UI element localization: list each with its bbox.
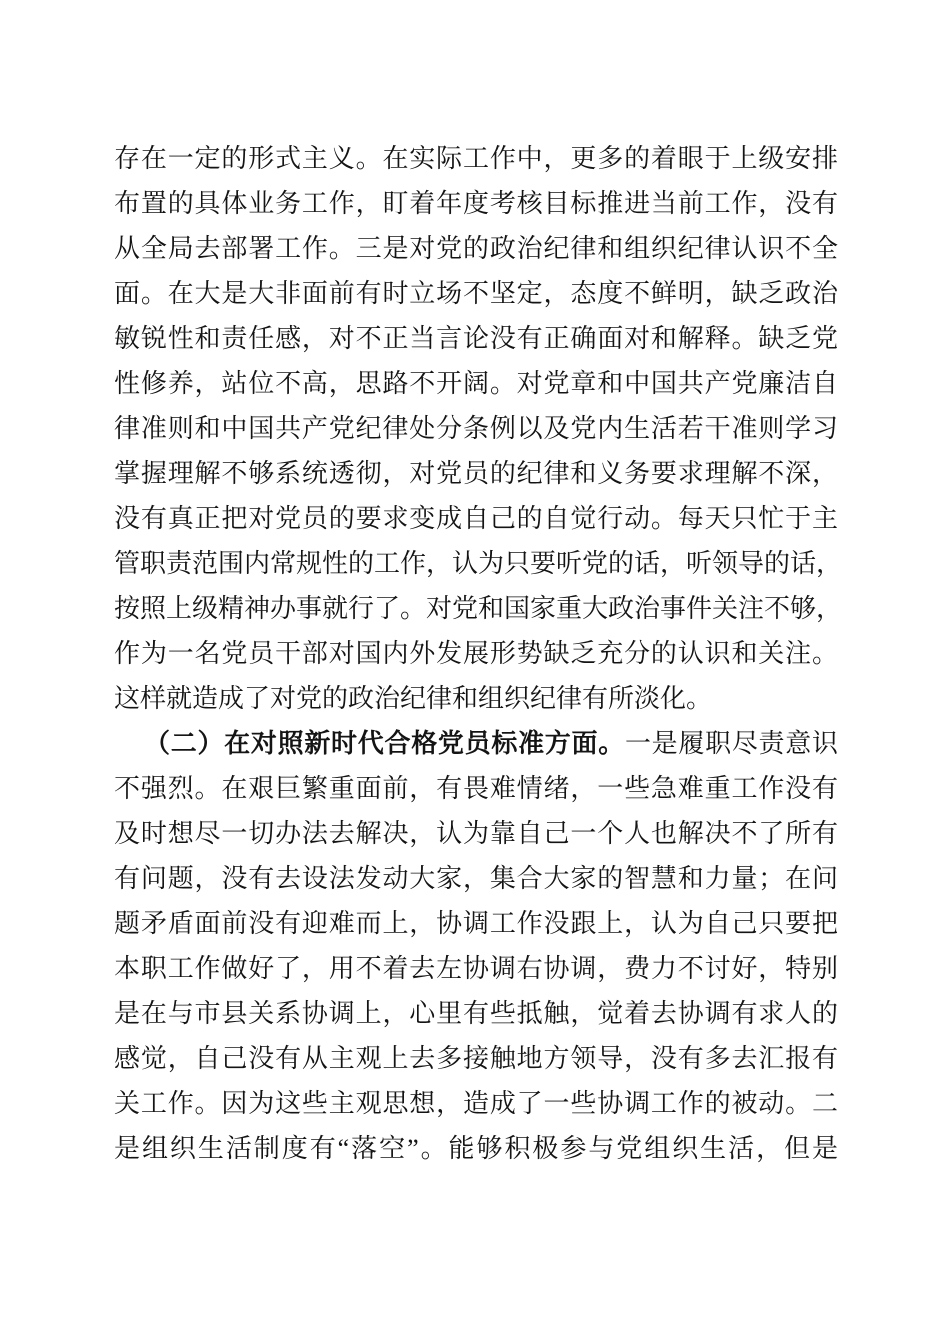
text-line: 本职工作做好了，用不着去左协调右协调，费力不讨好，特别 [114, 946, 838, 991]
text-segment: 是在与市县关系协调上，心里有些抵触，觉着去协调有求人的 [114, 999, 838, 1028]
text-line: 管职责范围内常规性的工作，认为只要听党的话，听领导的话， [114, 541, 838, 586]
bold-text-segment: （二）在对照新时代合格党员标准方面。 [144, 729, 625, 758]
text-segment: 律准则和中国共产党纪律处分条例以及党内生活若干准则学习 [114, 414, 838, 443]
text-line: 关工作。因为这些主观思想，造成了一些协调工作的被动。二 [114, 1081, 838, 1126]
text-line: 不强烈。在艰巨繁重面前，有畏难情绪，一些急难重工作没有 [114, 766, 838, 811]
text-segment: 布置的具体业务工作，盯着年度考核目标推进当前工作，没有 [114, 189, 838, 218]
text-segment: 按照上级精神办事就行了。对党和国家重大政治事件关注不够， [114, 594, 842, 623]
text-segment: 不强烈。在艰巨繁重面前，有畏难情绪，一些急难重工作没有 [114, 774, 838, 803]
text-line: 及时想尽一切办法去解决，认为靠自己一个人也解决不了所有 [114, 811, 838, 856]
text-segment: 及时想尽一切办法去解决，认为靠自己一个人也解决不了所有 [114, 819, 838, 848]
text-line: 存在一定的形式主义。在实际工作中，更多的着眼于上级安排 [114, 136, 838, 181]
text-line: 律准则和中国共产党纪律处分条例以及党内生活若干准则学习 [114, 406, 838, 451]
text-line: 题矛盾面前没有迎难而上，协调工作没跟上，认为自己只要把 [114, 901, 838, 946]
text-segment: 本职工作做好了，用不着去左协调右协调，费力不讨好，特别 [114, 954, 838, 983]
text-segment: 掌握理解不够系统透彻，对党员的纪律和义务要求理解不深， [114, 459, 838, 488]
text-line: 是组织生活制度有“落空”。能够积极参与党组织生活，但是 [114, 1126, 838, 1171]
text-line: 从全局去部署工作。三是对党的政治纪律和组织纪律认识不全 [114, 226, 838, 271]
text-segment: 有问题，没有去设法发动大家，集合大家的智慧和力量；在问 [114, 864, 838, 893]
text-line: 敏锐性和责任感，对不正当言论没有正确面对和解释。缺乏党 [114, 316, 838, 361]
text-line: 布置的具体业务工作，盯着年度考核目标推进当前工作，没有 [114, 181, 838, 226]
text-segment: 关工作。因为这些主观思想，造成了一些协调工作的被动。二 [114, 1089, 838, 1118]
text-line: 性修养，站位不高，思路不开阔。对党章和中国共产党廉洁自 [114, 361, 838, 406]
text-line: 掌握理解不够系统透彻，对党员的纪律和义务要求理解不深， [114, 451, 838, 496]
text-segment: 这样就造成了对党的政治纪律和组织纪律有所淡化。 [114, 684, 712, 713]
text-segment: 从全局去部署工作。三是对党的政治纪律和组织纪律认识不全 [114, 234, 838, 263]
text-segment: 没有真正把对党员的要求变成自己的自觉行动。每天只忙于主 [114, 504, 838, 533]
text-segment: 感觉，自己没有从主观上去多接触地方领导，没有多去汇报有 [114, 1044, 838, 1073]
text-segment: 面。在大是大非面前有时立场不坚定，态度不鲜明，缺乏政治 [114, 279, 838, 308]
text-segment: 敏锐性和责任感，对不正当言论没有正确面对和解释。缺乏党 [114, 324, 838, 353]
text-line: 没有真正把对党员的要求变成自己的自觉行动。每天只忙于主 [114, 496, 838, 541]
text-segment: 是组织生活制度有“落空”。能够积极参与党组织生活，但是 [114, 1134, 838, 1163]
text-line: 面。在大是大非面前有时立场不坚定，态度不鲜明，缺乏政治 [114, 271, 838, 316]
text-line: 有问题，没有去设法发动大家，集合大家的智慧和力量；在问 [114, 856, 838, 901]
text-line: 感觉，自己没有从主观上去多接触地方领导，没有多去汇报有 [114, 1036, 838, 1081]
text-segment: 管职责范围内常规性的工作，认为只要听党的话，听领导的话， [114, 549, 842, 578]
text-segment: 一是履职尽责意识 [625, 729, 838, 758]
text-segment: 题矛盾面前没有迎难而上，协调工作没跟上，认为自己只要把 [114, 909, 838, 938]
text-segment: 性修养，站位不高，思路不开阔。对党章和中国共产党廉洁自 [114, 369, 838, 398]
text-line: 这样就造成了对党的政治纪律和组织纪律有所淡化。 [114, 676, 838, 721]
text-segment: 存在一定的形式主义。在实际工作中，更多的着眼于上级安排 [114, 144, 838, 173]
text-segment: 作为一名党员干部对国内外发展形势缺乏充分的认识和关注。 [114, 639, 838, 668]
text-line: 作为一名党员干部对国内外发展形势缺乏充分的认识和关注。 [114, 631, 838, 676]
text-line: 按照上级精神办事就行了。对党和国家重大政治事件关注不够， [114, 586, 838, 631]
text-line: （二）在对照新时代合格党员标准方面。一是履职尽责意识 [114, 721, 838, 766]
document-body: 存在一定的形式主义。在实际工作中，更多的着眼于上级安排布置的具体业务工作，盯着年… [114, 136, 838, 1171]
document-page: 存在一定的形式主义。在实际工作中，更多的着眼于上级安排布置的具体业务工作，盯着年… [0, 0, 950, 1344]
text-line: 是在与市县关系协调上，心里有些抵触，觉着去协调有求人的 [114, 991, 838, 1036]
